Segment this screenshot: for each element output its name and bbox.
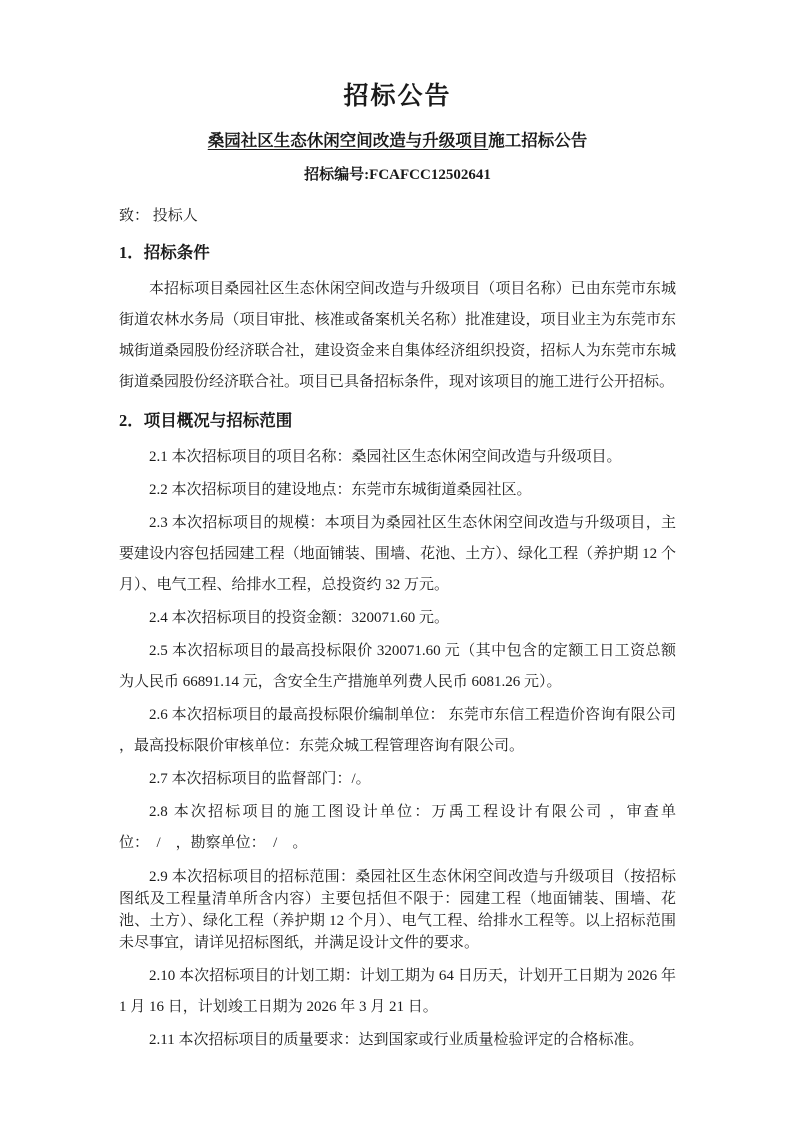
para-2-11: 2.11 本次招标项目的质量要求：达到国家或行业质量检验评定的合格标准。 [119,1025,676,1056]
project-name-underlined: 桑园社区生态休闲空间改造与升级项目 [208,131,489,150]
para-2-9: 2.9 本次招标项目的招标范围：桑园社区生态休闲空间改造与升级项目（按招标图纸及… [119,866,676,954]
para-2-8: 2.8 本次招标项目的施工图设计单位：万禹工程设计有限公司 ，审查单位： / ，… [119,797,676,859]
salutation-line: 致： 投标人 [119,203,676,230]
section-2-heading: 2．项目概况与招标范围 [119,409,676,433]
para-2-1: 2.1 本次招标项目的项目名称：桑园社区生态休闲空间改造与升级项目。 [119,442,676,473]
document-page: 招标公告 桑园社区生态休闲空间改造与升级项目施工招标公告 招标编号:FCAFCC… [0,0,794,1123]
document-subtitle: 桑园社区生态休闲空间改造与升级项目施工招标公告 [119,129,676,152]
para-2-6: 2.6 本次招标项目的最高投标限价编制单位： 东莞市东信工程造价咨询有限公司 ，… [119,700,676,762]
section-1-heading: 1．招标条件 [119,241,676,265]
para-2-5: 2.5 本次招标项目的最高投标限价 320071.60 元（其中包含的定额工日工… [119,636,676,698]
subtitle-suffix: 施工招标公告 [488,131,587,150]
para-2-3: 2.3 本次招标项目的规模：本项目为桑园社区生态休闲空间改造与升级项目，主要建设… [119,508,676,601]
document-title: 招标公告 [119,82,676,112]
para-2-4: 2.4 本次招标项目的投资金额：320071.60 元。 [119,603,676,634]
para-2-7: 2.7 本次招标项目的监督部门：/。 [119,764,676,795]
tender-number: 招标编号:FCAFCC12502641 [119,165,676,186]
section-1-paragraph: 本招标项目桑园社区生态休闲空间改造与升级项目（项目名称）已由东莞市东城街道农林水… [119,274,676,398]
para-2-10: 2.10 本次招标项目的计划工期：计划工期为 64 日历天，计划开工日期为 20… [119,961,676,1023]
para-2-2: 2.2 本次招标项目的建设地点：东莞市东城街道桑园社区。 [119,475,676,506]
